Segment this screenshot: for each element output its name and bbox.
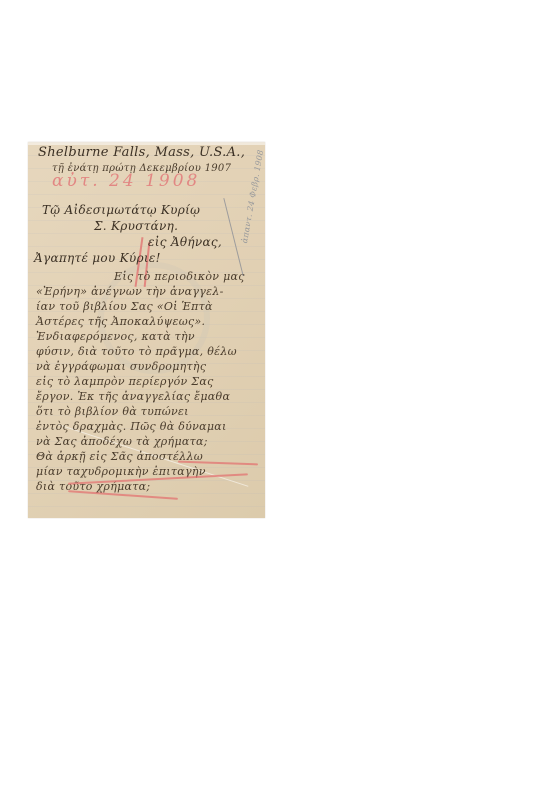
pencil-margin-note: ἀπαντ. 24 Φεβρ. 1908 bbox=[238, 149, 265, 245]
body-line: ίαν τοῦ βιβλίου Σας «Οἱ Ἑπτὰ bbox=[36, 300, 213, 313]
body-line: ἐντὸς δραχμὰς. Πῶς θὰ δύναμαι bbox=[36, 420, 227, 433]
body-line: εἰς τὸ λαμπρὸν περίεργόν Σας bbox=[36, 375, 214, 388]
body-line: νὰ ἐγγράφωμαι συνδρομητὴς bbox=[36, 360, 206, 373]
body-line: Εἰς τὸ περιοδικὸν μας bbox=[114, 270, 245, 283]
body-line: Ἐνδιαφερόμενος, κατὰ τὴν bbox=[36, 330, 195, 343]
salutation: Ἀγαπητέ μου Κύριε! bbox=[34, 252, 161, 265]
addressee-line-2: Σ. Κρυστάνη. bbox=[94, 220, 178, 233]
page-background: Shelburne Falls, Mass, U.S.A., τῇ ἐνάτῃ … bbox=[0, 0, 549, 800]
body-line: ἔργον. Ἐκ τῆς ἀναγγελίας ἔμαθα bbox=[36, 390, 230, 403]
addressee-line-1: Τῷ Αἰδεσιμωτάτῳ Κυρίῳ bbox=[42, 204, 200, 217]
letter-scan: Shelburne Falls, Mass, U.S.A., τῇ ἐνάτῃ … bbox=[28, 142, 265, 518]
addressee-line-3: εἰς Ἀθήνας, bbox=[148, 236, 222, 249]
body-line: «Ἐρήνη» ἀνέγνων τὴν ἀναγγελ- bbox=[36, 285, 224, 298]
body-line: Ἀστέρες τῆς Ἀποκαλύψεως». bbox=[36, 315, 205, 328]
red-archive-annotation: αὐτ. 24 1908 bbox=[52, 175, 200, 188]
body-line: ὅτι τὸ βιβλίον θὰ τυπώνει bbox=[36, 405, 189, 418]
body-line: φύσιν, διὰ τοῦτο τὸ πρᾶγμα, θέλω bbox=[36, 345, 237, 358]
body-line: νὰ Σας ἀποδέχω τὰ χρήματα; bbox=[36, 435, 208, 448]
letter-place: Shelburne Falls, Mass, U.S.A., bbox=[38, 146, 245, 159]
